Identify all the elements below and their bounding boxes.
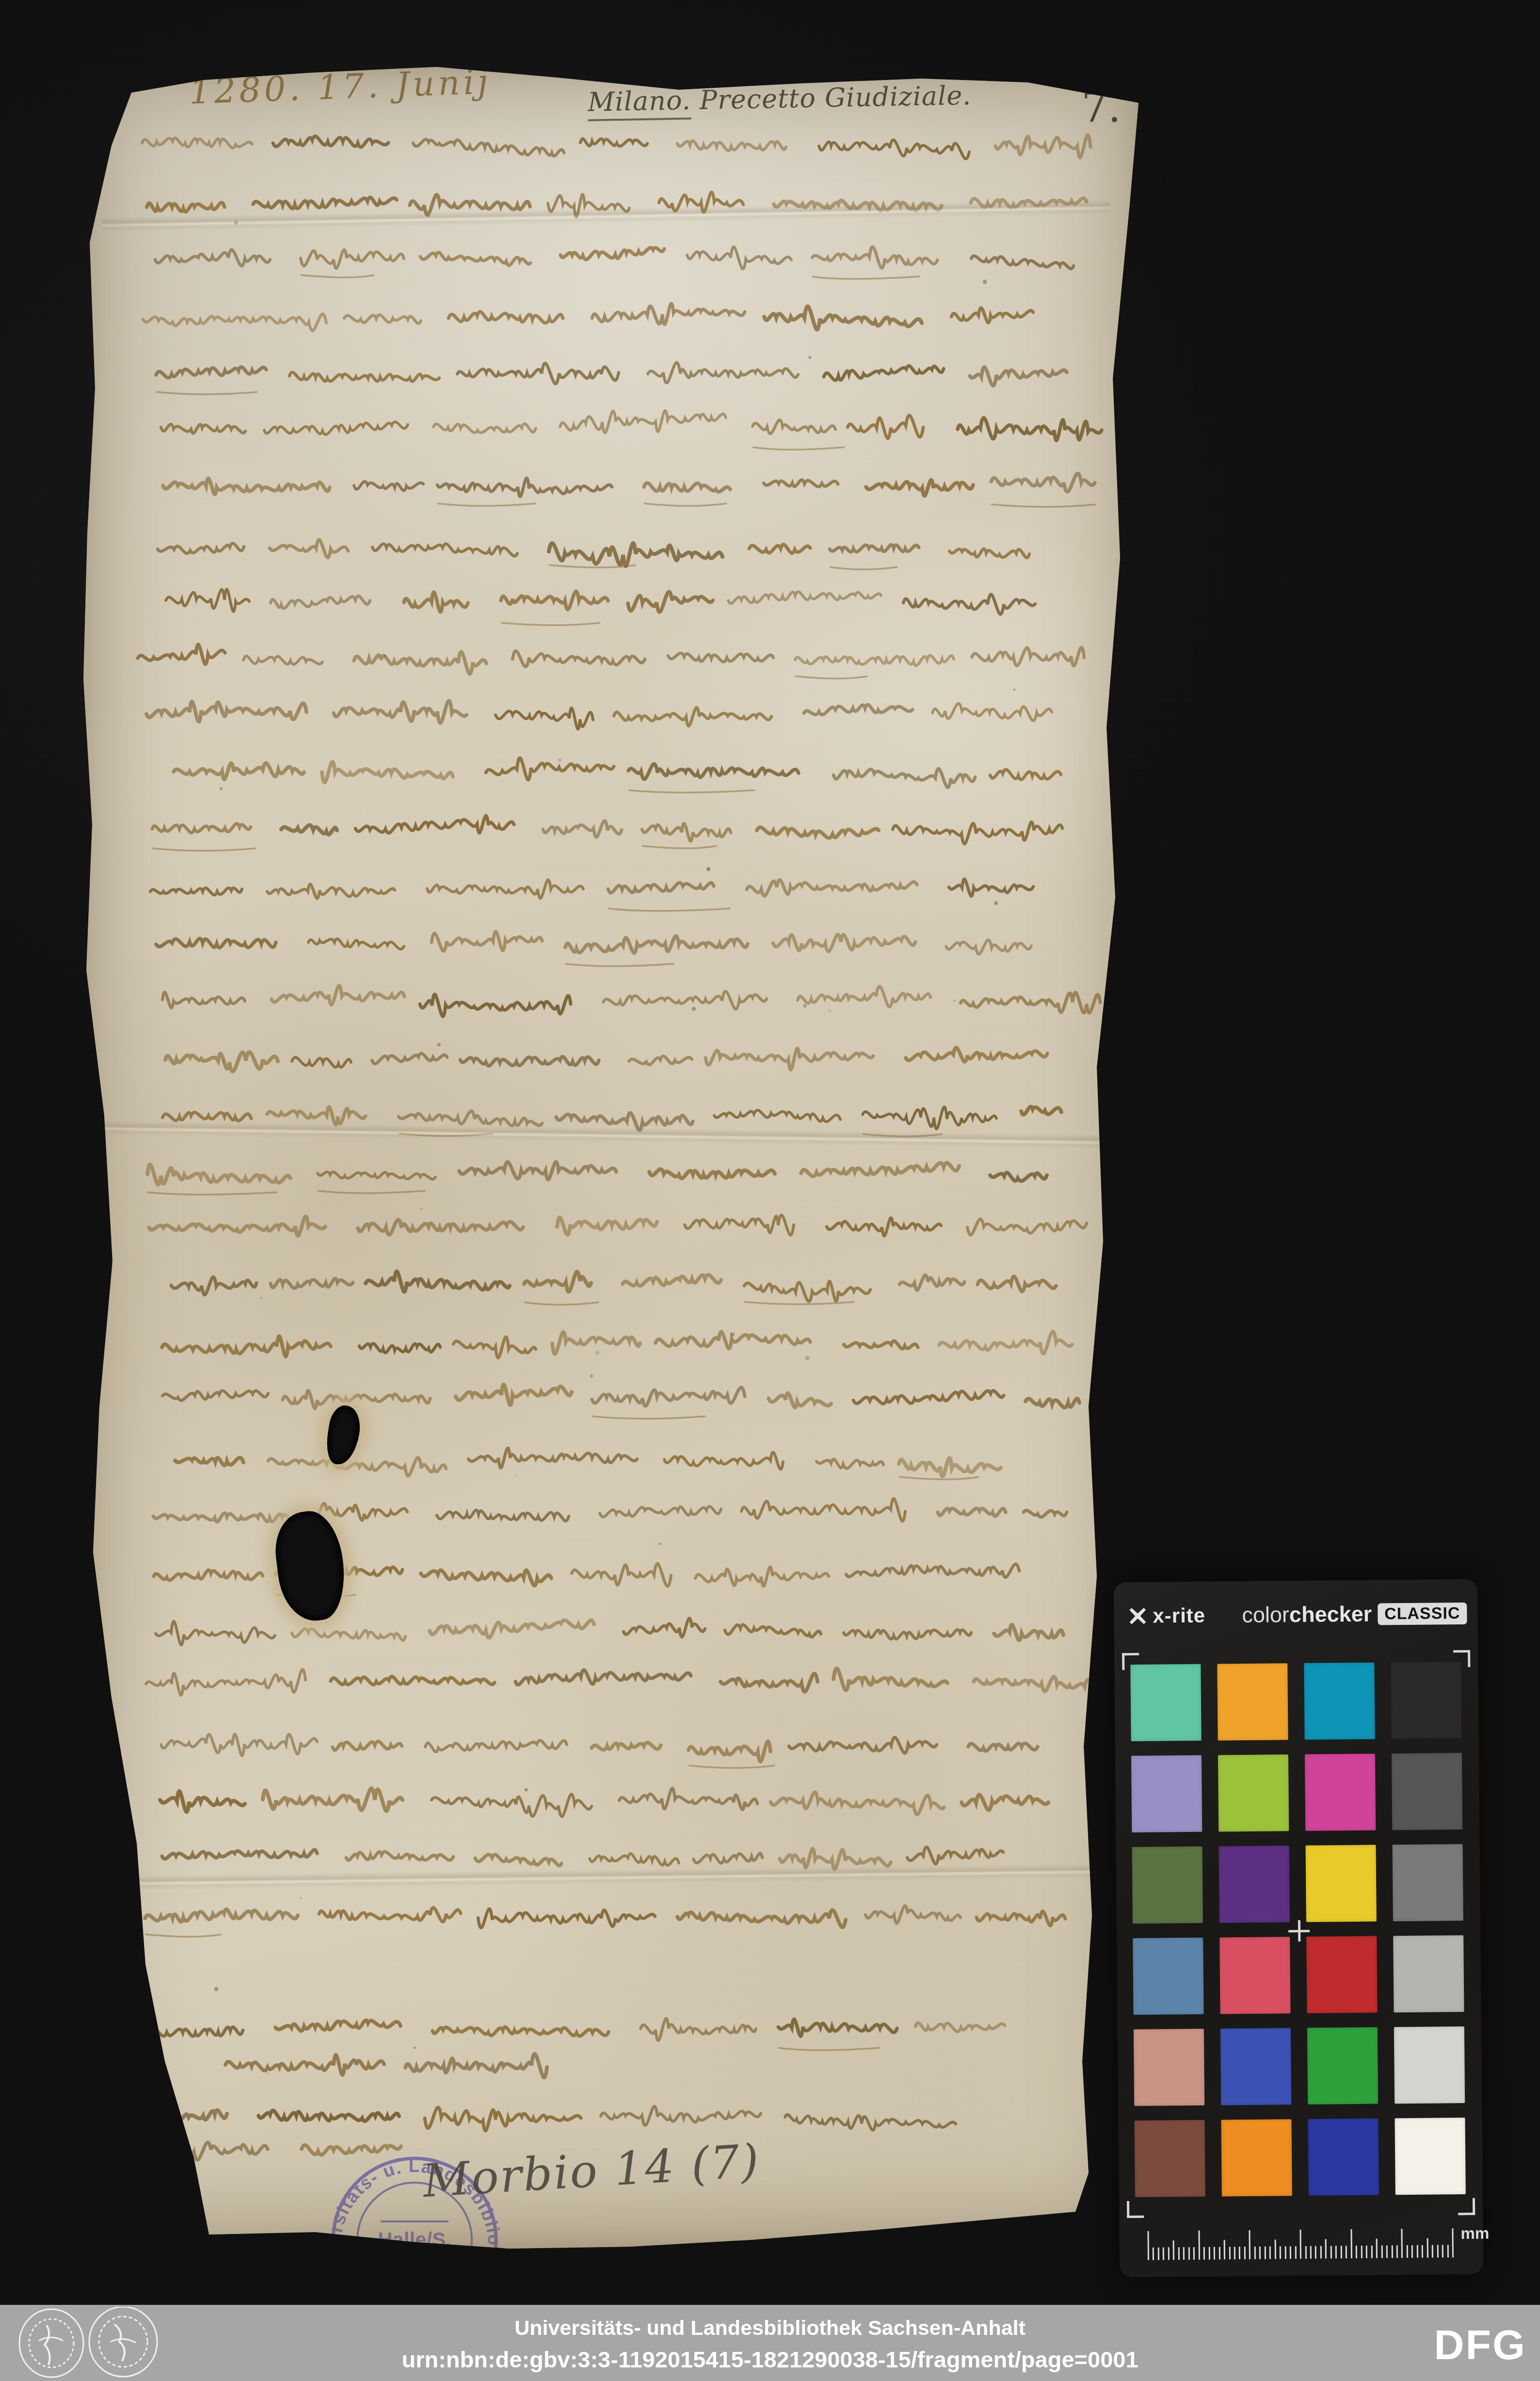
ruler-tick — [1249, 2230, 1251, 2259]
color-swatch-10 — [1219, 1846, 1290, 1923]
ruler-tick — [1376, 2239, 1378, 2258]
ruler-tick — [1173, 2240, 1174, 2260]
ruler-tick — [1224, 2240, 1225, 2259]
ruler-tick — [1350, 2229, 1352, 2258]
ruler-tick — [1234, 2247, 1235, 2259]
ruler-tick — [1305, 2246, 1306, 2259]
color-swatch-13 — [1133, 1938, 1203, 2015]
ruler-tick — [1346, 2246, 1347, 2258]
color-swatch-16 — [1393, 1935, 1464, 2012]
ruler-tick — [1401, 2229, 1403, 2258]
ruler-tick — [1371, 2246, 1372, 2258]
colorchecker-header: x-rite colorchecker CLASSIC — [1127, 1601, 1467, 1629]
ruler-tick — [1361, 2246, 1362, 2258]
footer-text: Universitäts- und Landesbibliothek Sachs… — [401, 2316, 1138, 2373]
color-swatch-7 — [1305, 1754, 1376, 1831]
ruler-tick — [1331, 2246, 1332, 2258]
ruler-tick — [1452, 2228, 1454, 2257]
color-swatch-21 — [1134, 2120, 1205, 2197]
ruler-tick — [1183, 2247, 1185, 2260]
ruler-tick — [1244, 2247, 1246, 2259]
ruler-tick — [1356, 2246, 1357, 2258]
ruler-tick — [1432, 2245, 1433, 2258]
x-rite-logo-icon — [1127, 1606, 1148, 1626]
xrite-brand-text: x-rite — [1153, 1604, 1205, 1628]
ruler-tick — [1274, 2239, 1276, 2259]
ruler-tick — [1366, 2246, 1367, 2258]
ruler-tick — [1163, 2247, 1164, 2260]
color-swatch-2 — [1217, 1663, 1288, 1740]
color-swatch-15 — [1306, 1936, 1377, 2013]
folio-number: 7. — [1081, 83, 1121, 132]
ruler-tick — [1335, 2246, 1337, 2258]
ruler-tick — [1254, 2247, 1256, 2259]
ruler-tick — [1208, 2247, 1210, 2260]
ruler-tick — [1188, 2247, 1189, 2260]
color-swatch-3 — [1304, 1663, 1375, 1740]
product-text-regular: color — [1242, 1602, 1289, 1628]
color-swatch-1 — [1130, 1664, 1201, 1741]
handwriting-lines — [78, 63, 1144, 2251]
archive-note-place: Milano. — [588, 85, 691, 121]
ruler-tick — [1315, 2246, 1316, 2259]
stamp-center-text: Halle/S. — [378, 2228, 451, 2251]
ruler-tick — [1341, 2246, 1342, 2258]
ruler-tick — [1325, 2239, 1327, 2259]
fiducial-bracket-icon — [1458, 2198, 1475, 2215]
ruler-tick — [1269, 2247, 1271, 2259]
ruler-tick — [1396, 2245, 1398, 2258]
manuscript-page: 1280. 17. Junij Milano.Precetto Giudizia… — [78, 63, 1144, 2251]
ruler-tick — [1259, 2247, 1261, 2259]
colorchecker-grid — [1130, 1662, 1466, 2197]
ruler-tick — [1284, 2246, 1286, 2259]
archive-note-title: Precetto Giudiziale. — [699, 80, 972, 115]
library-name: Universitäts- und Landesbibliothek Sachs… — [401, 2316, 1138, 2340]
product-text-bold: checker — [1289, 1602, 1372, 1627]
ruler-tick — [1422, 2245, 1423, 2258]
ruler-tick — [1391, 2245, 1393, 2258]
ruler-tick — [1168, 2247, 1170, 2260]
ruler-tick — [1265, 2247, 1266, 2259]
dfg-logo: DFG — [1434, 2321, 1526, 2369]
color-swatch-9 — [1132, 1846, 1203, 1924]
university-seal-icon — [12, 2307, 210, 2380]
ruler-tick — [1427, 2238, 1428, 2258]
ruler-tick — [1442, 2245, 1444, 2257]
color-swatch-19 — [1307, 2027, 1378, 2105]
color-swatch-23 — [1308, 2119, 1379, 2196]
color-swatch-5 — [1131, 1755, 1202, 1832]
colorchecker-card: x-rite colorchecker CLASSIC mm — [1114, 1579, 1483, 2277]
color-swatch-24 — [1395, 2118, 1465, 2195]
ruler-tick — [1198, 2231, 1200, 2260]
color-swatch-18 — [1220, 2028, 1291, 2105]
ruler-tick — [1412, 2245, 1413, 2258]
ruler-tick — [1178, 2247, 1180, 2260]
footer-bar: Universitäts- und Landesbibliothek Sachs… — [0, 2305, 1540, 2381]
ruler-tick — [1299, 2230, 1301, 2259]
ruler-tick — [1295, 2246, 1296, 2259]
ruler-tick — [1147, 2231, 1149, 2260]
ruler-tick — [1219, 2247, 1220, 2259]
ruler-tick — [1386, 2245, 1388, 2258]
color-swatch-4 — [1391, 1662, 1461, 1739]
ruler-tick — [1229, 2247, 1230, 2259]
xrite-brand: x-rite — [1127, 1604, 1205, 1628]
ruler-tick — [1214, 2247, 1215, 2260]
ruler-tick — [1158, 2248, 1159, 2260]
ruler-tick — [1437, 2245, 1438, 2258]
ruler-tick — [1203, 2247, 1205, 2260]
urn-identifier: urn:nbn:de:gbv:3:3-1192015415-1821290038… — [401, 2346, 1138, 2373]
ruler-tick — [1239, 2247, 1240, 2259]
scan-background: 1280. 17. Junij Milano.Precetto Giudizia… — [0, 0, 1540, 2381]
color-swatch-14 — [1219, 1937, 1290, 2014]
ruler-tick — [1193, 2247, 1195, 2260]
ruler-tick — [1417, 2245, 1418, 2258]
color-swatch-20 — [1394, 2026, 1465, 2104]
ruler-tick — [1290, 2246, 1291, 2259]
color-swatch-6 — [1218, 1754, 1289, 1831]
colorchecker-product: colorchecker CLASSIC — [1242, 1601, 1467, 1628]
ruler-unit-label: mm — [1460, 2224, 1489, 2243]
ruler-tick — [1381, 2246, 1382, 2258]
color-swatch-12 — [1393, 1844, 1463, 1921]
ruler-tick — [1407, 2245, 1408, 2258]
ruler-tick — [1447, 2245, 1448, 2257]
ruler-tick — [1310, 2246, 1312, 2259]
color-swatch-8 — [1392, 1753, 1462, 1830]
ruler-tick — [1320, 2246, 1322, 2259]
color-swatch-17 — [1134, 2029, 1204, 2106]
color-swatch-22 — [1221, 2119, 1292, 2196]
color-swatch-11 — [1306, 1845, 1377, 1922]
ruler-tick — [1280, 2246, 1281, 2259]
mm-ruler — [1147, 2227, 1454, 2260]
fiducial-bracket-icon — [1127, 2201, 1144, 2218]
ruler-tick — [1153, 2248, 1154, 2260]
classic-badge: CLASSIC — [1378, 1602, 1467, 1625]
